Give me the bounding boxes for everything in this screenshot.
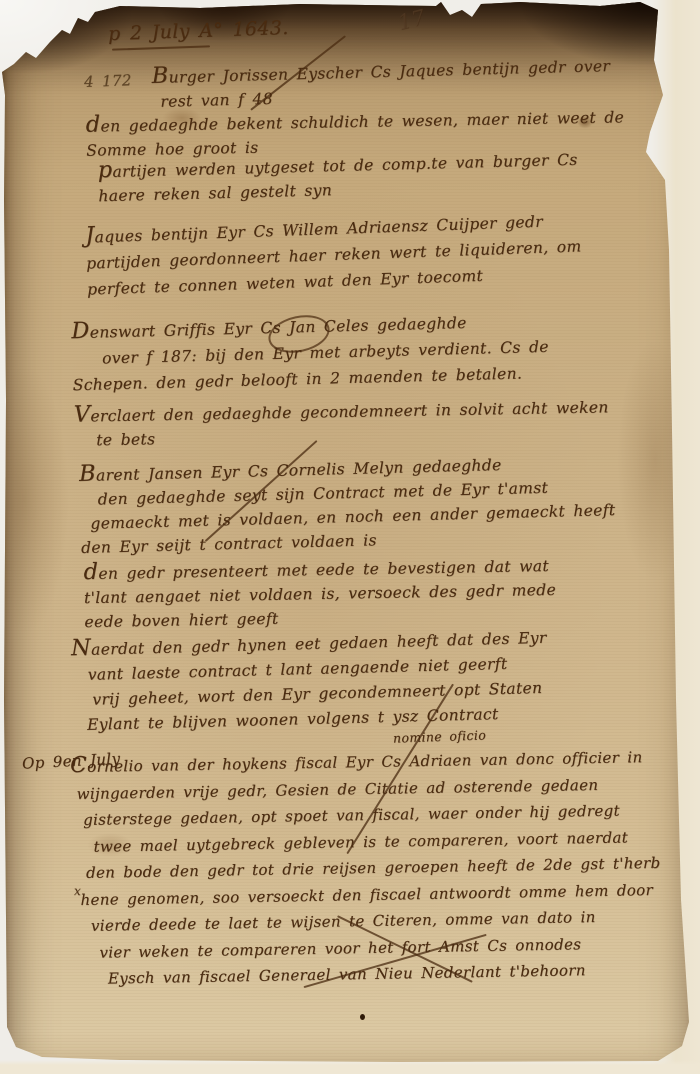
entry-oath-offer: den gedr presenteert met eede te bevesti… xyxy=(83,552,556,634)
entry-barent-jansen: Barent Jansen Eyr Cs Cornelis Melyn geda… xyxy=(79,448,616,560)
faint-pencil-mark: 17 xyxy=(396,5,428,35)
entry-staten-eylant: Naerdat den gedr hynen eet gedaen heeft … xyxy=(71,624,549,738)
manuscript-page: p 2 July A° 1643. 17 4 172 Burger Joriss… xyxy=(0,0,700,1074)
entry-jaques-bentijn: Jaques bentijn Eyr Cs Willem Adriaensz C… xyxy=(85,205,583,302)
ink-blot xyxy=(360,1014,365,1020)
entry-condemnation: Verclaert den gedaeghde gecondemneert in… xyxy=(74,393,610,452)
folio-number: 4 172 xyxy=(84,71,132,91)
date-underline-flourish xyxy=(112,45,210,50)
interlinear-note: nomine oficio xyxy=(393,727,487,745)
manuscript-scan: p 2 July A° 1643. 17 4 172 Burger Joriss… xyxy=(0,0,700,1074)
entry-fiscal-vs-van-donc: Cornelio van der hoykens fiscal Eyr Cs A… xyxy=(70,743,663,993)
heading-date: p 2 July A° 1643. xyxy=(108,17,289,45)
